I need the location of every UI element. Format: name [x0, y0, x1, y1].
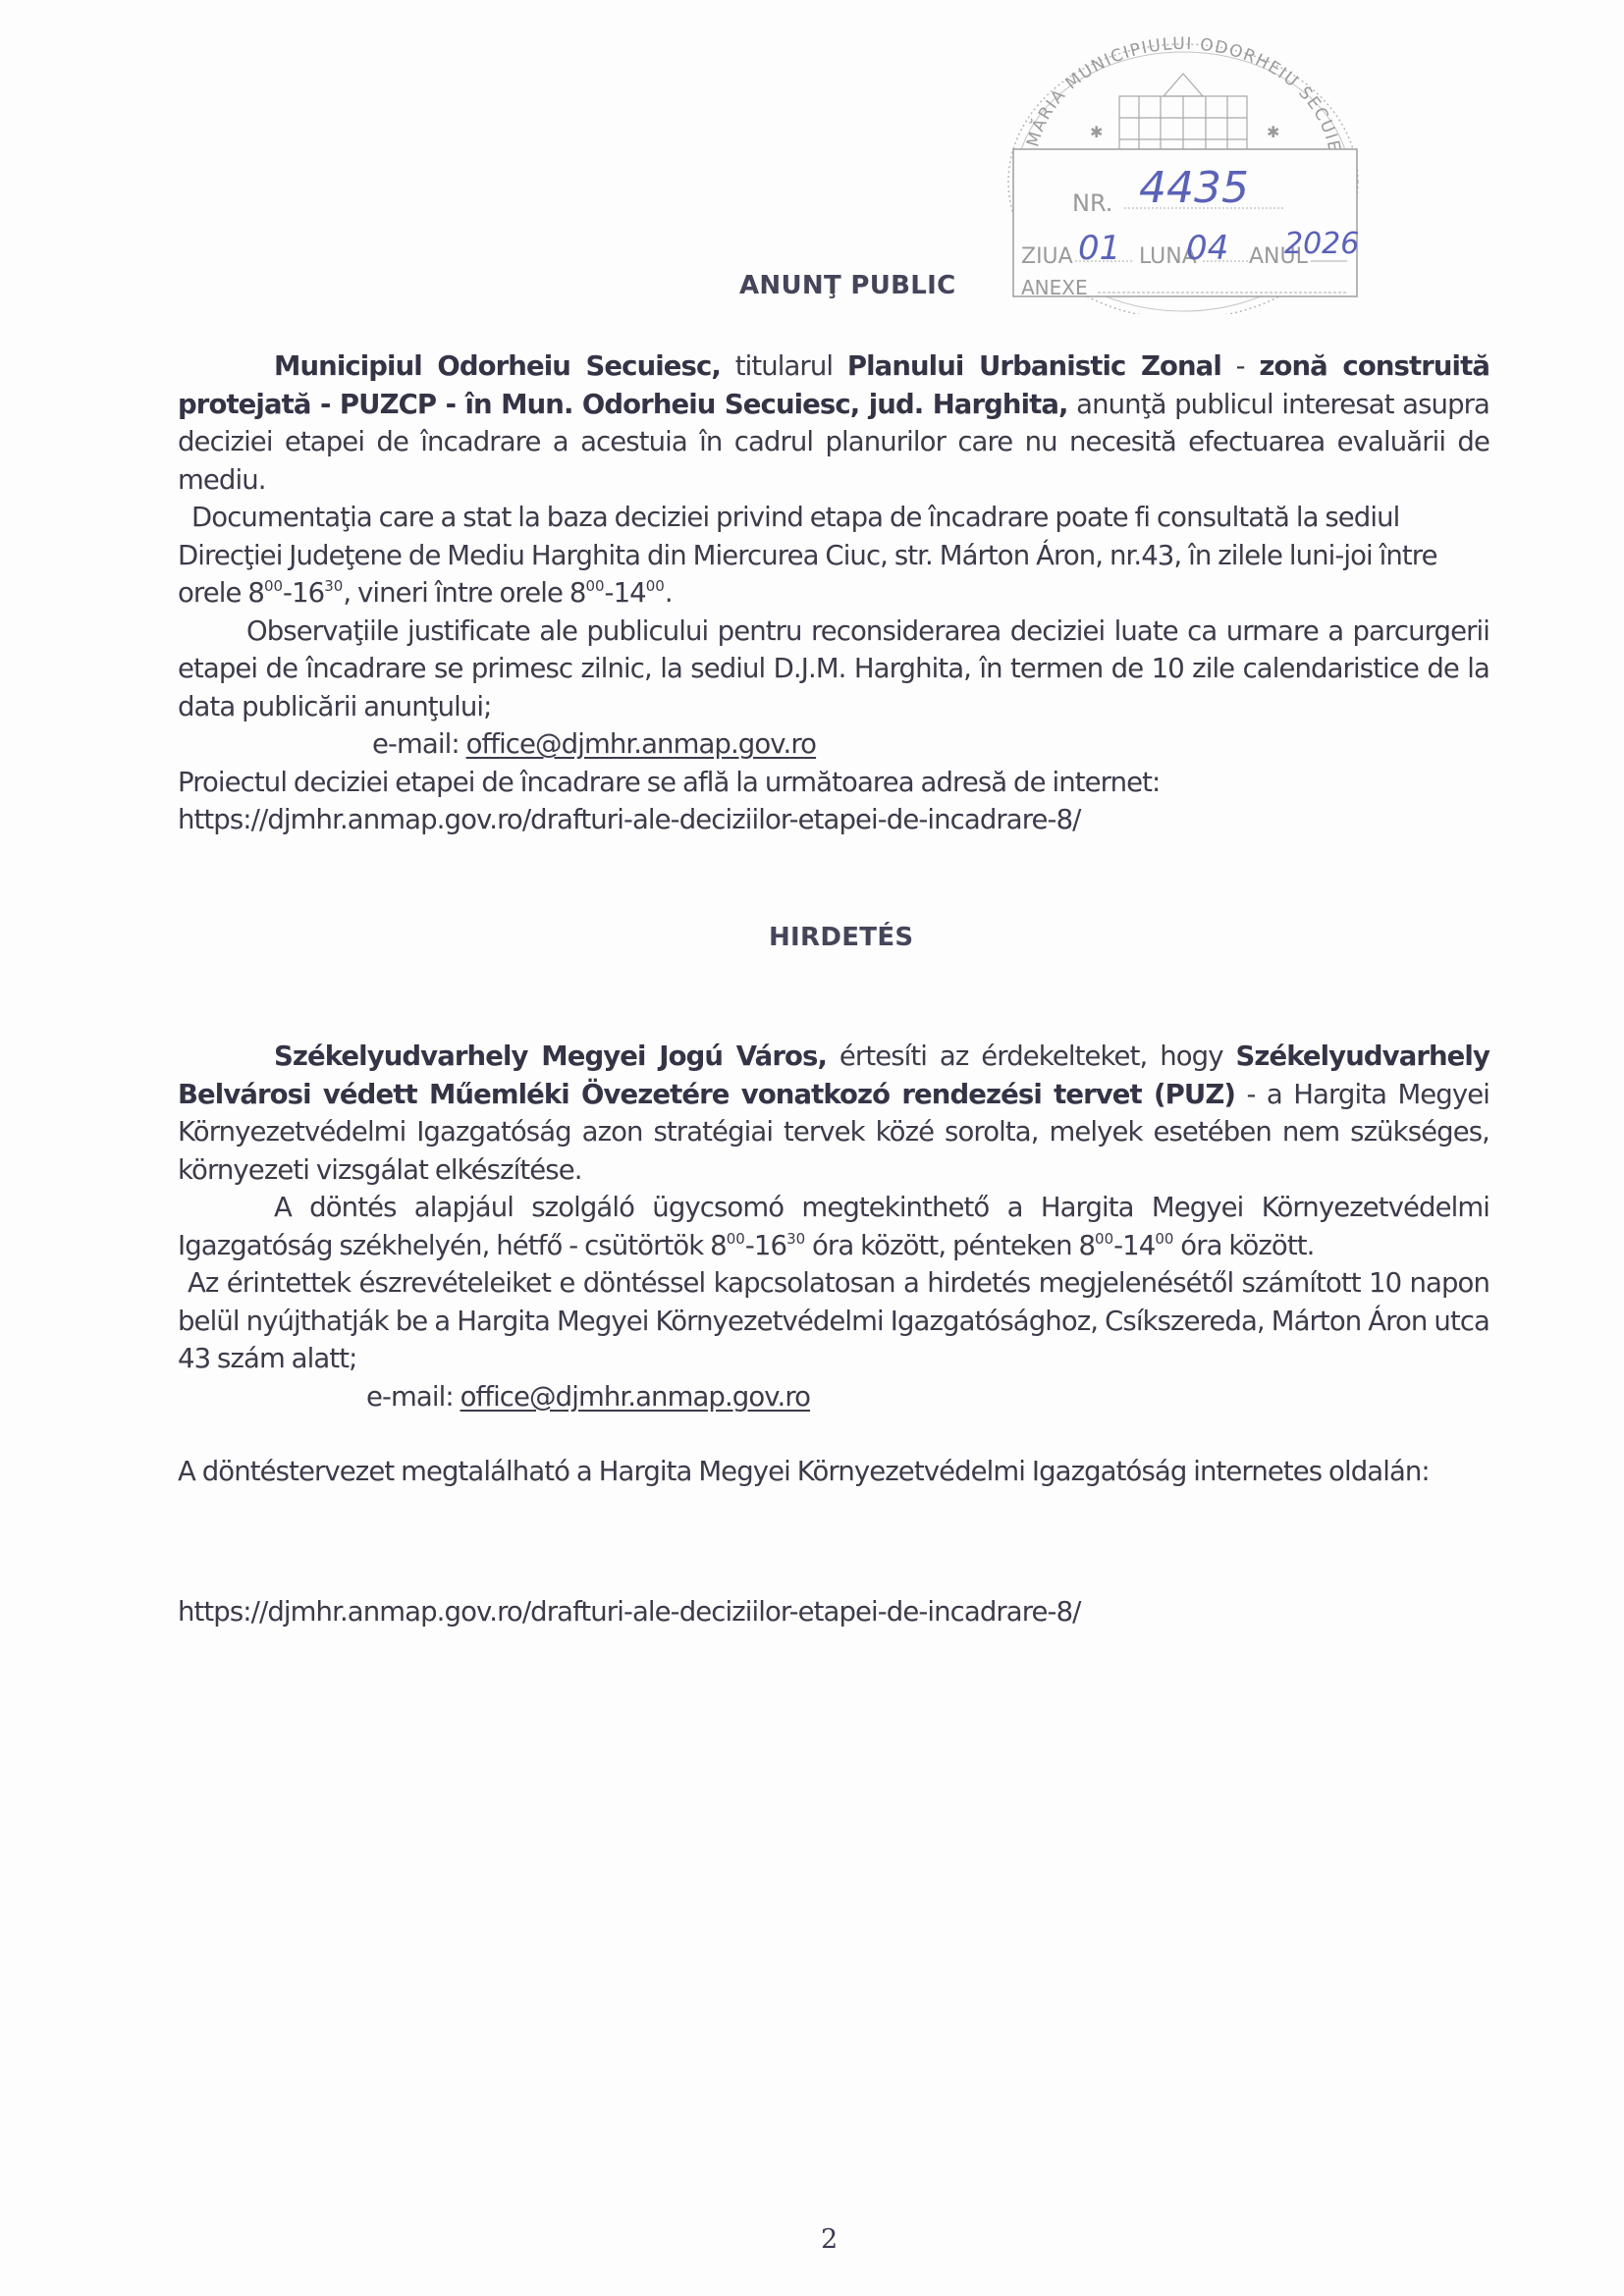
svg-text:NR.: NR. [1072, 189, 1112, 217]
svg-text:04: 04 [1186, 229, 1228, 268]
svg-text:✱: ✱ [1267, 123, 1279, 141]
hirdetes-url[interactable]: https://djmhr.anmap.gov.ro/drafturi-ale-… [178, 1593, 1489, 1631]
svg-text:4435: 4435 [1139, 163, 1249, 213]
hirdetes-heading: HIRDETÉS [769, 923, 913, 952]
page-number: 2 [821, 2224, 838, 2255]
hirdetes-paragraph-1: Székelyudvarhely Megyei Jogú Város, érte… [178, 1038, 1489, 1189]
svg-text:PRIMĂRIA MUNICIPIULUI ODORHEIU: PRIMĂRIA MUNICIPIULUI ODORHEIU SECUIESC [992, 20, 1345, 168]
registration-stamp: PRIMĂRIA MUNICIPIULUI ODORHEIU SECUIESC … [992, 20, 1375, 314]
anunt-url[interactable]: https://djmhr.anmap.gov.ro/drafturi-ale-… [178, 801, 1489, 839]
hirdetes-body: Székelyudvarhely Megyei Jogú Város, érte… [178, 1038, 1489, 1630]
hirdetes-paragraph-2: A döntés alapjául szolgáló ügycsomó megt… [178, 1189, 1489, 1264]
svg-text:01: 01 [1078, 229, 1120, 268]
document-page: PRIMĂRIA MUNICIPIULUI ODORHEIU SECUIESC … [0, 0, 1624, 2296]
hirdetes-email-line: e-mail: office@djmhr.anmap.gov.ro [178, 1378, 1489, 1416]
anunt-paragraph-3: Observaţiile justificate ale publicului … [178, 613, 1489, 726]
anunt-email-line: e-mail: office@djmhr.anmap.gov.ro [178, 725, 1489, 764]
stamp-seal-icon: PRIMĂRIA MUNICIPIULUI ODORHEIU SECUIESC … [992, 20, 1375, 314]
hirdetes-paragraph-4: A döntéstervezet megtalálható a Hargita … [178, 1453, 1489, 1491]
anunt-public-body: Municipiul Odorheiu Secuiesc, titularul … [178, 347, 1489, 839]
anunt-paragraph-2: Documentaţia care a stat la baza decizie… [178, 499, 1489, 613]
svg-text:✱: ✱ [1090, 123, 1103, 141]
svg-text:ZIUA: ZIUA [1021, 244, 1073, 269]
hirdetes-email-link[interactable]: office@djmhr.anmap.gov.ro [460, 1381, 811, 1413]
svg-text:2026: 2026 [1284, 227, 1359, 261]
anunt-paragraph-1: Municipiul Odorheiu Secuiesc, titularul … [178, 347, 1489, 499]
svg-text:ANEXE: ANEXE [1021, 276, 1088, 299]
anunt-paragraph-4: Proiectul deciziei etapei de încadrare s… [178, 764, 1489, 802]
anunt-public-heading: ANUNŢ PUBLIC [739, 271, 955, 300]
anunt-email-link[interactable]: office@djmhr.anmap.gov.ro [466, 728, 817, 760]
hirdetes-paragraph-3: Az érintettek észrevételeiket e döntésse… [178, 1264, 1489, 1378]
